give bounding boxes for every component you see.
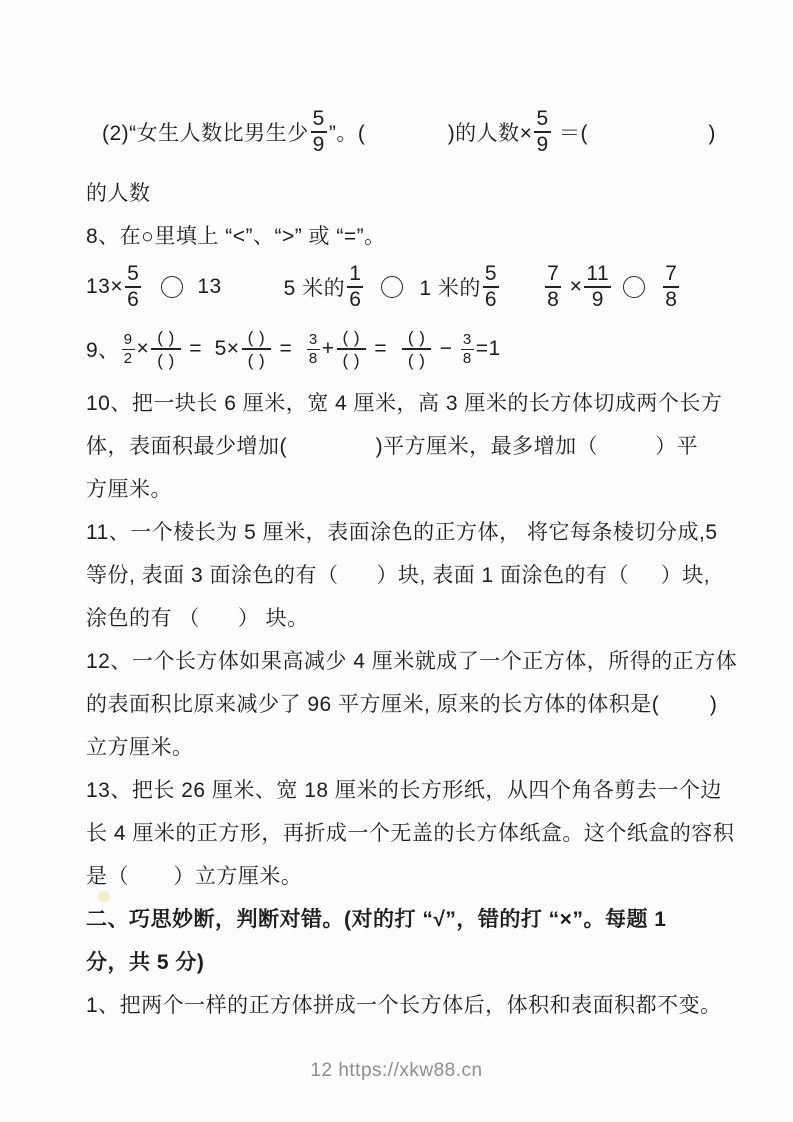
fraction-numerator: 5 bbox=[483, 262, 499, 288]
text-run: 立方厘米。 bbox=[86, 731, 194, 761]
text-run: =1 bbox=[476, 337, 501, 361]
blank-fraction: ( )( ) bbox=[151, 327, 181, 372]
scan-highlight-artifact bbox=[98, 891, 110, 902]
comparison-circle-blank bbox=[381, 276, 403, 298]
q12-line2: 的表面积比原来减少了 96 平方厘米, 原来的长方体的体积是( ) bbox=[86, 681, 746, 724]
fraction: 92 bbox=[122, 331, 135, 367]
blank-fraction: ( )( ) bbox=[242, 327, 272, 372]
fraction-numerator: 11 bbox=[584, 262, 611, 288]
fraction-denominator: ( ) bbox=[151, 350, 181, 371]
text-run: 二、巧思妙断，判断对错。(对的打 “√”，错的打 “×”。每题 1 bbox=[86, 903, 666, 933]
text-run: + bbox=[322, 337, 335, 361]
fraction-numerator: 5 bbox=[311, 107, 327, 133]
q10-line1: 10、把一块长 6 厘米，宽 4 厘米，高 3 厘米的长方体切成两个长方 bbox=[86, 380, 746, 423]
blank-fraction: ( )( ) bbox=[402, 327, 432, 372]
text-run: × bbox=[137, 337, 150, 361]
fraction: 56 bbox=[125, 262, 141, 311]
spacer bbox=[365, 287, 381, 288]
text-run: 的表面积比原来减少了 96 平方厘米, 原来的长方体的体积是( ) bbox=[86, 688, 717, 718]
fraction-denominator: 8 bbox=[307, 350, 320, 367]
text-run: 13、把长 26 厘米、宽 18 厘米的长方形纸，从四个角各剪去一个边 bbox=[86, 774, 722, 804]
q13-line3: 是（ ）立方厘米。 bbox=[86, 853, 746, 896]
fraction-denominator: 6 bbox=[483, 288, 499, 312]
text-run: 5× bbox=[215, 337, 240, 361]
fraction-denominator: 6 bbox=[347, 288, 363, 312]
q10-line3: 方厘米。 bbox=[86, 466, 746, 509]
q13-line1: 13、把长 26 厘米、宽 18 厘米的长方形纸，从四个角各剪去一个边 bbox=[86, 767, 746, 810]
spacer bbox=[403, 287, 419, 288]
q12-line3: 立方厘米。 bbox=[86, 724, 746, 767]
text-run: 体，表面积最少增加( )平方厘米，最多增加（ ）平 bbox=[86, 430, 698, 460]
spacer bbox=[501, 287, 543, 288]
text-run: 13 bbox=[197, 275, 221, 299]
text-run: 5 米的 bbox=[284, 272, 346, 302]
q11-line1: 11、一个棱长为 5 厘米，表面涂色的正方体， 将它每条棱切分成,5 bbox=[86, 509, 746, 552]
fraction-denominator: 8 bbox=[663, 288, 679, 312]
fraction-numerator: 3 bbox=[461, 331, 474, 349]
fraction-numerator: 7 bbox=[545, 262, 561, 288]
text-run: 11、一个棱长为 5 厘米，表面涂色的正方体， 将它每条棱切分成,5 bbox=[86, 516, 718, 546]
fraction: 78 bbox=[545, 262, 561, 311]
fraction-denominator: 6 bbox=[125, 288, 141, 312]
fraction-numerator: 5 bbox=[534, 107, 550, 133]
q8-title: 8、在○里填上 “<”、“>” 或 “=”。 bbox=[86, 213, 746, 256]
blank-fraction: ( )( ) bbox=[337, 327, 367, 372]
page-footer: 12 https://xkw88.cn bbox=[0, 1060, 793, 1082]
fraction-numerator: ( ) bbox=[151, 327, 181, 350]
fraction-numerator: ( ) bbox=[337, 327, 367, 350]
q7-part2-line1: (2)“女生人数比男生少59”。( )的人数×59 ＝( ) bbox=[86, 94, 746, 170]
worksheet-page: (2)“女生人数比男生少59”。( )的人数×59 ＝( )的人数8、在○里填上… bbox=[0, 0, 793, 1122]
spacer bbox=[143, 287, 161, 288]
text-run: 1 米的 bbox=[419, 272, 481, 302]
q7-part2-line2: 的人数 bbox=[86, 170, 746, 213]
spacer bbox=[183, 287, 197, 288]
text-run: 的人数 bbox=[86, 177, 151, 207]
comparison-circle-blank bbox=[623, 276, 645, 298]
text-run: − bbox=[433, 337, 458, 361]
fraction-denominator: 2 bbox=[122, 350, 135, 367]
fraction: 56 bbox=[483, 262, 499, 311]
document-lines: (2)“女生人数比男生少59”。( )的人数×59 ＝( )的人数8、在○里填上… bbox=[86, 94, 746, 1025]
q9-row: 9、92×( )( ) = 5×( )( ) = 38+( )( ) = ( )… bbox=[86, 318, 746, 380]
text-run: = bbox=[183, 337, 215, 361]
q10-line2: 体，表面积最少增加( )平方厘米，最多增加（ ）平 bbox=[86, 423, 746, 466]
text-run: 长 4 厘米的正方形，再折成一个无盖的长方体纸盒。这个纸盒的容积 bbox=[86, 817, 734, 847]
text-run: 涂色的有 （ ） 块。 bbox=[86, 602, 309, 632]
section2-title-line2: 分，共 5 分) bbox=[86, 939, 746, 982]
section2-title-line1: 二、巧思妙断，判断对错。(对的打 “√”，错的打 “×”。每题 1 bbox=[86, 896, 746, 939]
fraction-denominator: ( ) bbox=[402, 350, 432, 371]
fraction-numerator: 1 bbox=[347, 262, 363, 288]
fraction-numerator: ( ) bbox=[402, 327, 432, 350]
text-run: 是（ ）立方厘米。 bbox=[86, 860, 302, 890]
text-run: (2)“女生人数比男生少 bbox=[102, 117, 309, 147]
section2-q1: 1、把两个一样的正方体拼成一个长方体后，体积和表面积都不变。 bbox=[86, 982, 746, 1025]
text-run: 13× bbox=[86, 275, 123, 299]
fraction: 38 bbox=[307, 331, 320, 367]
q8-comparison-row: 13×56135 米的161 米的5678 ×11978 bbox=[86, 256, 746, 318]
spacer bbox=[222, 287, 284, 288]
text-run: 8、在○里填上 “<”、“>” 或 “=”。 bbox=[86, 220, 386, 250]
fraction-denominator: ( ) bbox=[337, 350, 367, 371]
text-run: 10、把一块长 6 厘米，宽 4 厘米，高 3 厘米的长方体切成两个长方 bbox=[86, 387, 722, 417]
fraction: 38 bbox=[461, 331, 474, 367]
fraction-denominator: 8 bbox=[461, 350, 474, 367]
fraction-denominator: 8 bbox=[545, 288, 561, 312]
spacer bbox=[645, 287, 661, 288]
fraction-numerator: 5 bbox=[125, 262, 141, 288]
text-run: 9、 bbox=[86, 334, 120, 364]
fraction-denominator: ( ) bbox=[242, 350, 272, 371]
q12-line1: 12、一个长方体如果高减少 4 厘米就成了一个正方体，所得的正方体 bbox=[86, 638, 746, 681]
fraction: 59 bbox=[534, 107, 550, 156]
fraction-numerator: 3 bbox=[307, 331, 320, 349]
footer-text: 12 https://xkw88.cn bbox=[310, 1060, 482, 1081]
spacer bbox=[613, 287, 623, 288]
fraction: 78 bbox=[663, 262, 679, 311]
fraction-denominator: 9 bbox=[590, 288, 606, 312]
fraction: 59 bbox=[311, 107, 327, 156]
text-run: 等份, 表面 3 面涂色的有（ ）块, 表面 1 面涂色的有（ ）块, bbox=[86, 559, 710, 589]
q13-line2: 长 4 厘米的正方形，再折成一个无盖的长方体纸盒。这个纸盒的容积 bbox=[86, 810, 746, 853]
fraction-denominator: 9 bbox=[534, 133, 550, 157]
comparison-circle-blank bbox=[161, 276, 183, 298]
q11-line2: 等份, 表面 3 面涂色的有（ ）块, 表面 1 面涂色的有（ ）块, bbox=[86, 552, 746, 595]
fraction: 16 bbox=[347, 262, 363, 311]
fraction: 119 bbox=[584, 262, 611, 311]
fraction-numerator: 9 bbox=[122, 331, 135, 349]
text-run: 分，共 5 分) bbox=[86, 946, 204, 976]
text-run: = bbox=[273, 337, 305, 361]
text-run: ”。( )的人数× bbox=[329, 117, 533, 147]
text-run: ＝( ) bbox=[553, 117, 716, 147]
text-run: = bbox=[368, 337, 400, 361]
fraction-numerator: ( ) bbox=[242, 327, 272, 350]
fraction-denominator: 9 bbox=[311, 133, 327, 157]
fraction-numerator: 7 bbox=[663, 262, 679, 288]
text-run: × bbox=[563, 275, 582, 299]
q11-line3: 涂色的有 （ ） 块。 bbox=[86, 595, 746, 638]
text-run: 方厘米。 bbox=[86, 473, 172, 503]
text-run: 12、一个长方体如果高减少 4 厘米就成了一个正方体，所得的正方体 bbox=[86, 645, 737, 675]
text-run: 1、把两个一样的正方体拼成一个长方体后，体积和表面积都不变。 bbox=[86, 989, 722, 1019]
